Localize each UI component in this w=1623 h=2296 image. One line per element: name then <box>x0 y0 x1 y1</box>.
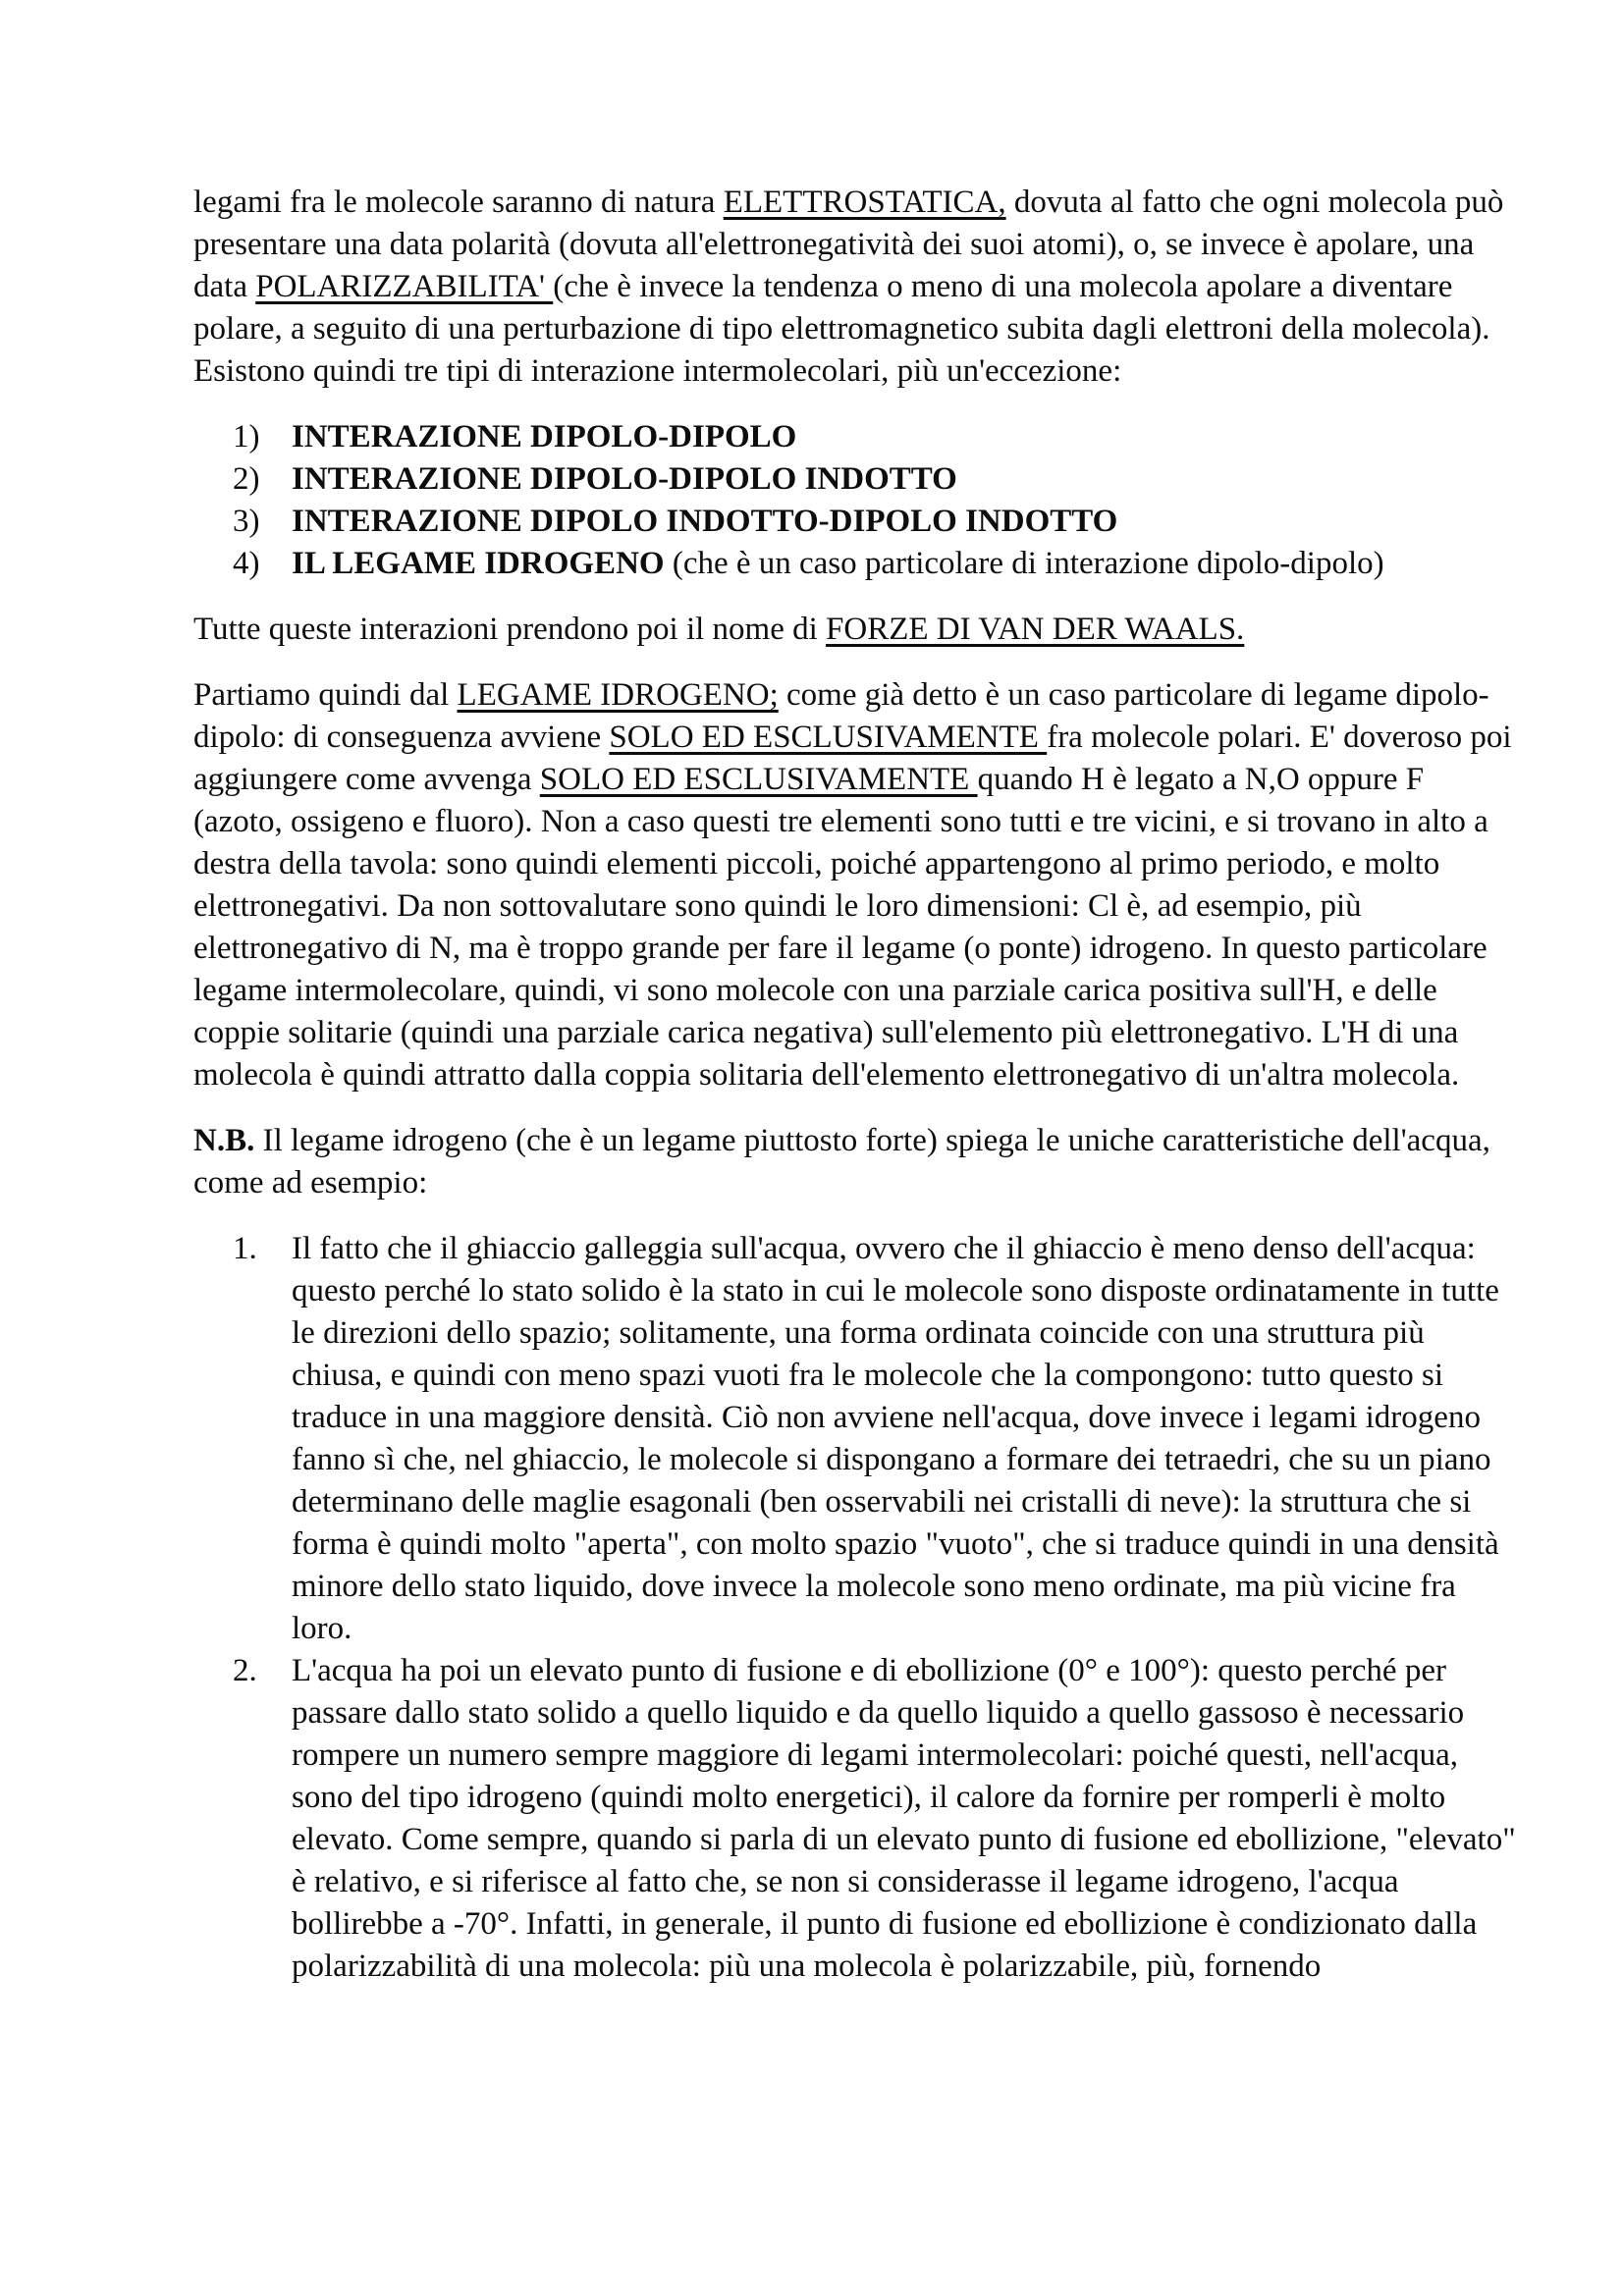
list-item-marker: 1) <box>233 416 292 458</box>
list-item-marker: 1. <box>233 1228 292 1270</box>
text-run: legami fra le molecole saranno di natura <box>193 185 724 220</box>
bold-term: INTERAZIONE DIPOLO-DIPOLO INDOTTO <box>292 461 957 497</box>
underlined-term-polarizzabilita: POLARIZZABILITA' <box>255 269 553 304</box>
list-item-marker: 4) <box>233 543 292 585</box>
underlined-term-elettrostatica: ELETTROSTATICA, <box>724 185 1006 220</box>
list-item-text: Il fatto che il ghiaccio galleggia sull'… <box>292 1228 1519 1650</box>
text-run: Il legame idrogeno (che è un legame piut… <box>193 1123 1490 1201</box>
paragraph-intro: legami fra le molecole saranno di natura… <box>193 182 1519 393</box>
list-item-marker: 3) <box>233 501 292 543</box>
text-run: Tutte queste interazioni prendono poi il… <box>193 612 826 647</box>
list-item: 4) IL LEGAME IDROGENO (che è un caso par… <box>233 543 1519 585</box>
list-item-marker: 2. <box>233 1650 292 1692</box>
list-item-text: L'acqua ha poi un elevato punto di fusio… <box>292 1650 1519 1988</box>
text-run: (che è un caso particolare di interazion… <box>665 546 1384 581</box>
list-item: 3) INTERAZIONE DIPOLO INDOTTO-DIPOLO IND… <box>233 501 1519 543</box>
text-run: quando H è legato a N,O oppure F (azoto,… <box>193 762 1488 1093</box>
text-run: Partiamo quindi dal <box>193 677 458 713</box>
document-page: legami fra le molecole saranno di natura… <box>0 0 1623 2296</box>
interaction-types-list: 1) INTERAZIONE DIPOLO-DIPOLO 2) INTERAZI… <box>193 416 1519 585</box>
list-item: 1) INTERAZIONE DIPOLO-DIPOLO <box>233 416 1519 458</box>
underlined-term-van-der-waals: FORZE DI VAN DER WAALS. <box>826 612 1244 647</box>
list-item-text: IL LEGAME IDROGENO (che è un caso partic… <box>292 543 1519 585</box>
underlined-term-solo-esclusivamente: SOLO ED ESCLUSIVAMENTE <box>540 762 978 797</box>
paragraph-van-der-waals: Tutte queste interazioni prendono poi il… <box>193 609 1519 651</box>
list-item: 2) INTERAZIONE DIPOLO-DIPOLO INDOTTO <box>233 458 1519 501</box>
underlined-term-solo-esclusivamente: SOLO ED ESCLUSIVAMENTE <box>609 720 1047 755</box>
bold-term: IL LEGAME IDROGENO <box>292 546 665 581</box>
list-item-text: INTERAZIONE DIPOLO-DIPOLO INDOTTO <box>292 458 1519 501</box>
bold-term: INTERAZIONE DIPOLO INDOTTO-DIPOLO INDOTT… <box>292 504 1117 539</box>
list-item: 2. L'acqua ha poi un elevato punto di fu… <box>233 1650 1519 1988</box>
list-item-text: INTERAZIONE DIPOLO-DIPOLO <box>292 416 1519 458</box>
nota-bene-label: N.B. <box>193 1123 254 1158</box>
bold-term: INTERAZIONE DIPOLO-DIPOLO <box>292 419 796 454</box>
list-item-text: INTERAZIONE DIPOLO INDOTTO-DIPOLO INDOTT… <box>292 501 1519 543</box>
underlined-term-legame-idrogeno: LEGAME IDROGENO; <box>458 677 779 713</box>
paragraph-nota-bene: N.B. Il legame idrogeno (che è un legame… <box>193 1120 1519 1204</box>
list-item-marker: 2) <box>233 458 292 501</box>
paragraph-legame-idrogeno: Partiamo quindi dal LEGAME IDROGENO; com… <box>193 674 1519 1096</box>
water-properties-list: 1. Il fatto che il ghiaccio galleggia su… <box>193 1228 1519 1988</box>
list-item: 1. Il fatto che il ghiaccio galleggia su… <box>233 1228 1519 1650</box>
